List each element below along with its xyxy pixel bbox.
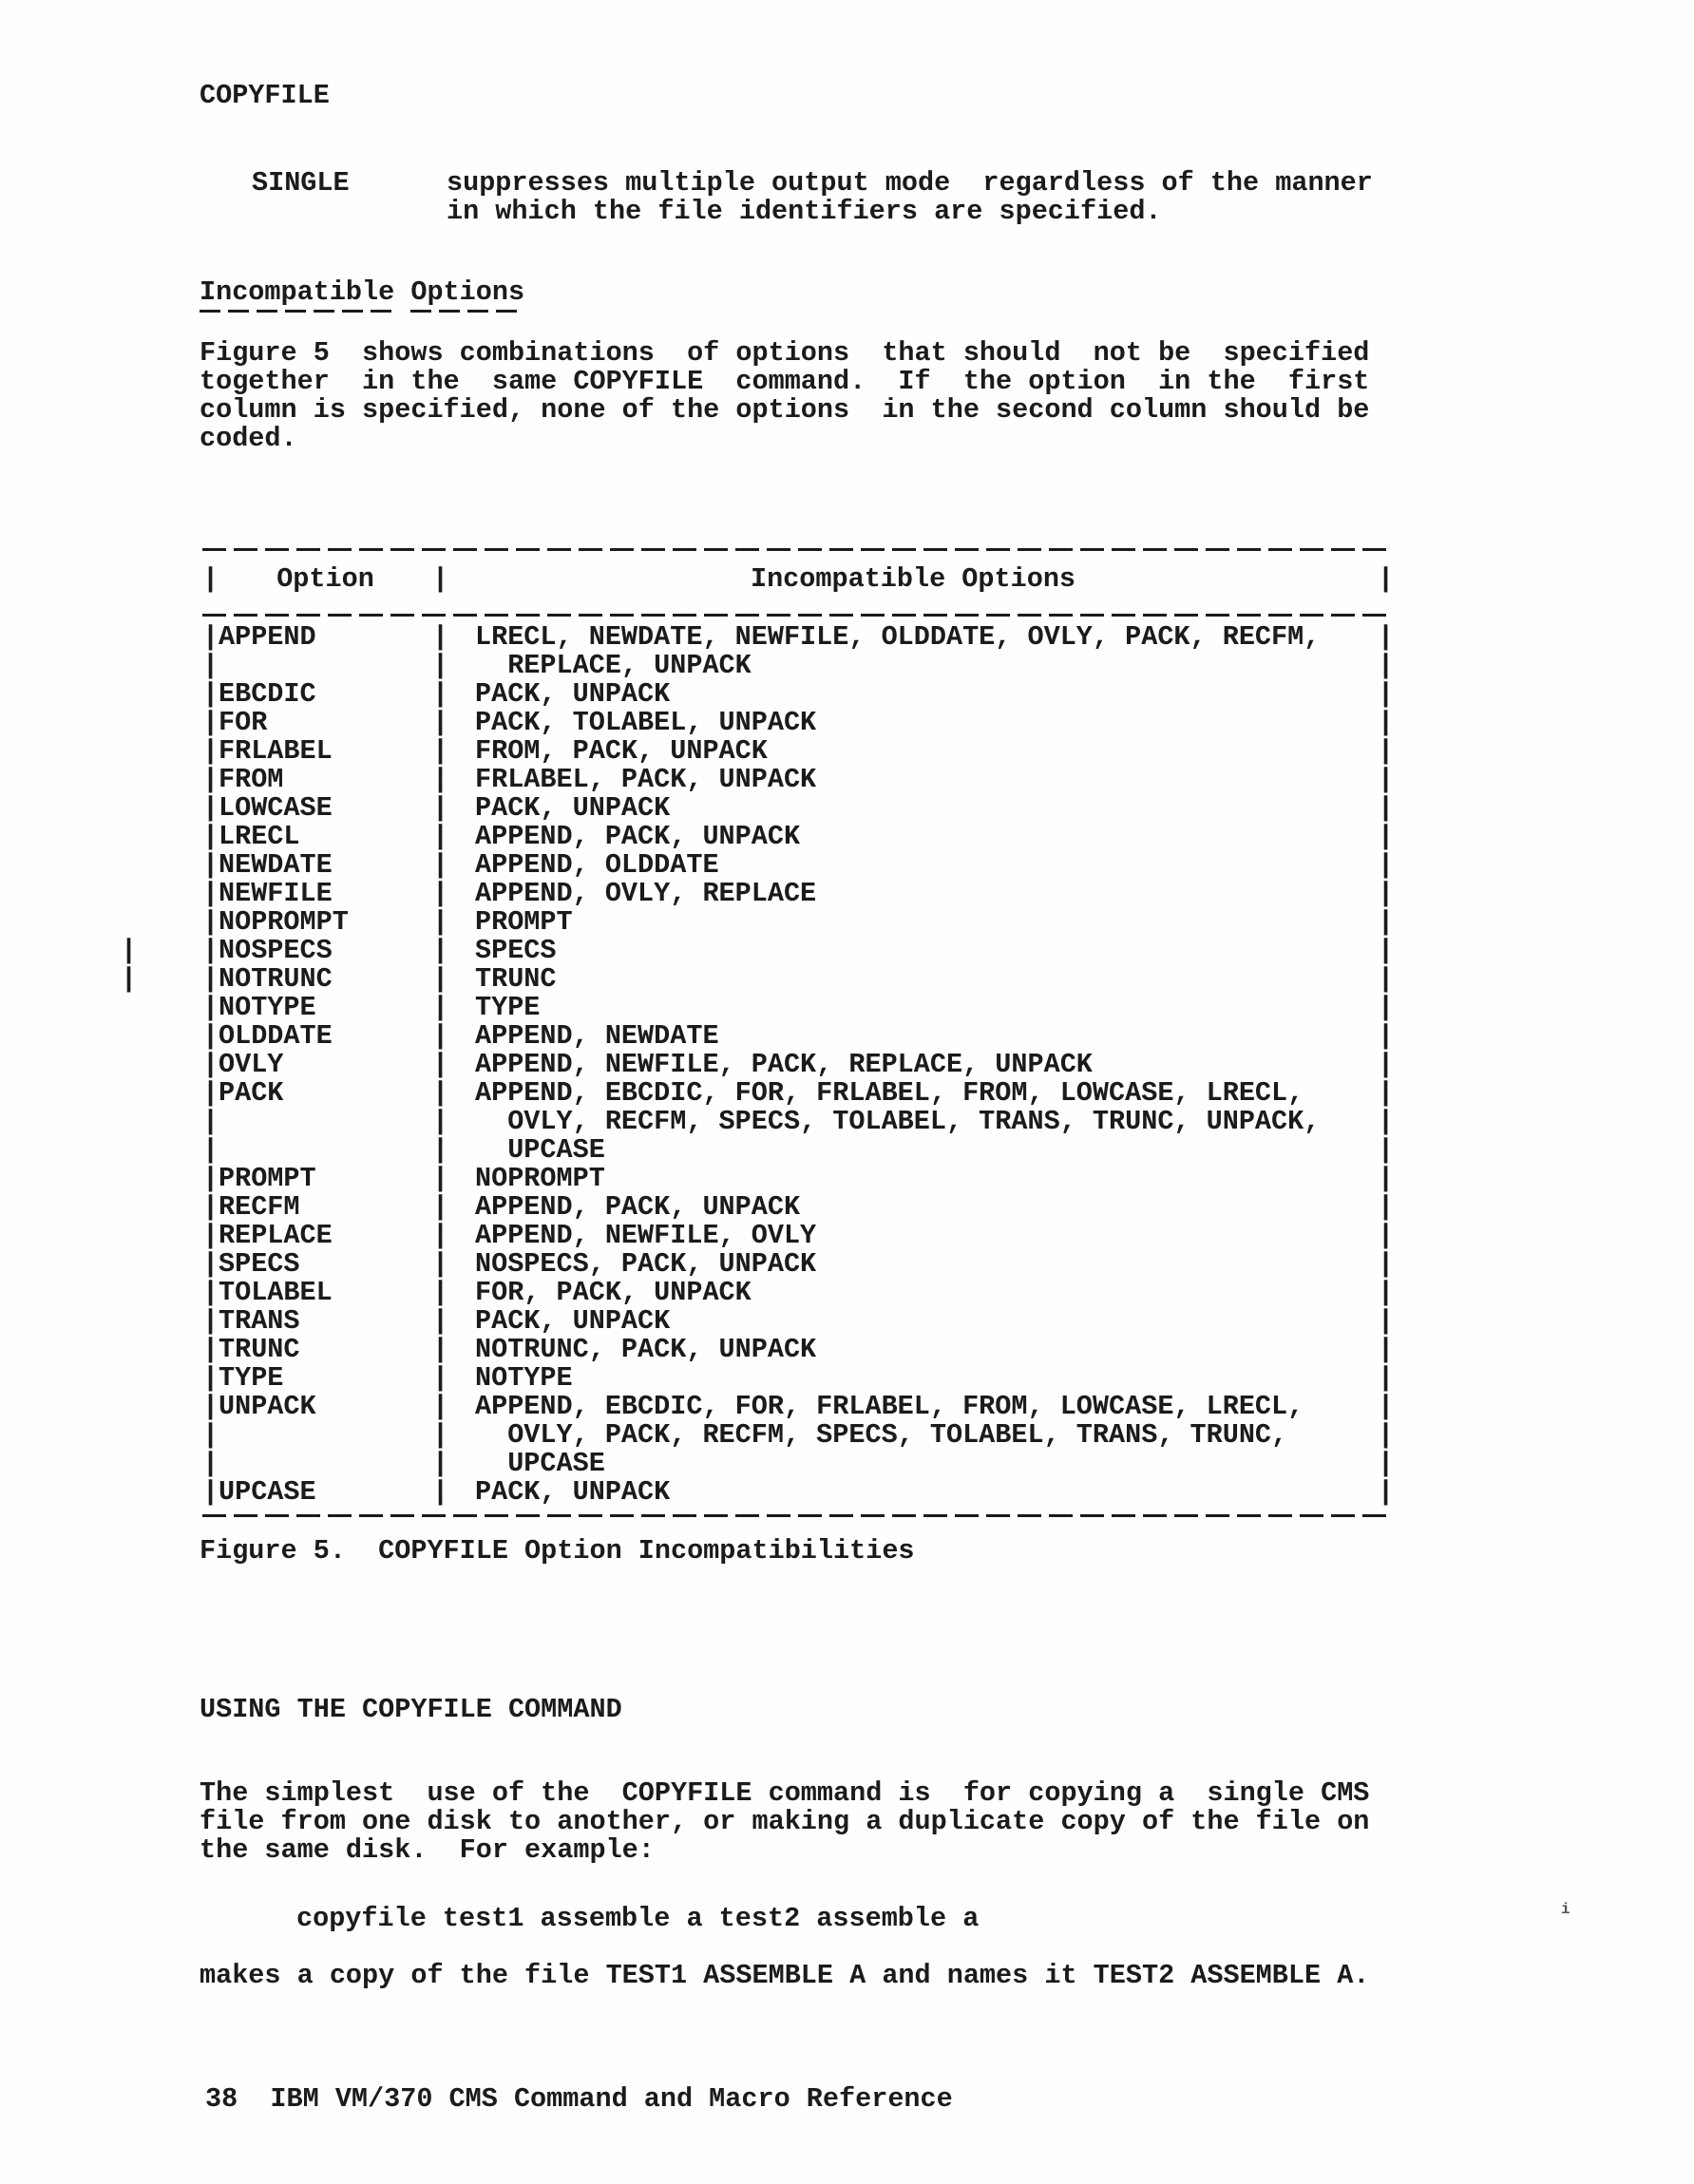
text-line: together in the same COPYFILE command. I… — [200, 368, 1694, 396]
table-row: |NOTYPE|TYPE| — [202, 994, 1394, 1022]
table-border-pipe: | — [202, 908, 219, 937]
option-cell: OVLY — [219, 1051, 432, 1079]
manual-page: COPYFILE SINGLE suppresses multiple outp… — [0, 0, 1694, 2114]
option-cell — [219, 1421, 432, 1450]
table-border-pipe: | — [1378, 1393, 1394, 1421]
option-cell: TOLABEL — [219, 1279, 432, 1307]
example-command: copyfile test1 assemble a test2 assemble… — [296, 1905, 1694, 1933]
incompatible-options-cell: APPEND, OVLY, REPLACE — [448, 880, 816, 908]
incompatible-options-cell: PACK, TOLABEL, UNPACK — [448, 709, 816, 737]
table-column-separator-pipe: | — [432, 1051, 448, 1079]
table-border-pipe: | — [1378, 1051, 1394, 1079]
incompatible-options-cell: FOR, PACK, UNPACK — [448, 1279, 752, 1307]
table-border-pipe: | — [1378, 1136, 1394, 1165]
table-column-separator-pipe: | — [432, 1222, 448, 1250]
table-row: |PACK|APPEND, EBCDIC, FOR, FRLABEL, FROM… — [202, 1079, 1394, 1108]
table-border-pipe: | — [202, 851, 219, 880]
incompatible-options-cell: APPEND, NEWFILE, PACK, REPLACE, UNPACK — [448, 1051, 1093, 1079]
table-border-pipe: | — [1378, 652, 1394, 680]
table-border-pipe: | — [202, 994, 219, 1022]
text-line: the same disk. For example: — [200, 1836, 1694, 1865]
incompatible-options-cell: SPECS — [448, 937, 557, 965]
table-border-pipe: | — [202, 965, 219, 994]
table-column-separator-pipe: | — [432, 1364, 448, 1393]
table-header-row: | Option | Incompatible Options | — [202, 551, 1394, 608]
table-border-pipe: | — [1378, 1478, 1394, 1507]
table-row: |APPEND|LRECL, NEWDATE, NEWFILE, OLDDATE… — [202, 623, 1394, 652]
table-row: |NEWDATE|APPEND, OLDDATE| — [202, 851, 1394, 880]
text-line: in which the file identifiers are specif… — [447, 198, 1373, 226]
incompatible-options-cell: NOPROMPT — [448, 1165, 605, 1193]
incompatible-options-cell: LRECL, NEWDATE, NEWFILE, OLDDATE, OVLY, … — [448, 623, 1320, 652]
table-border-pipe: | — [202, 1450, 219, 1478]
table-border-pipe: | — [202, 565, 219, 594]
table-border-pipe: | — [1378, 737, 1394, 766]
table-border-pipe: | — [202, 766, 219, 794]
underlined-word: Incompatible — [200, 276, 394, 313]
table-border-pipe: | — [1378, 766, 1394, 794]
option-cell: NOSPECS — [219, 937, 432, 965]
table-column-separator-pipe: | — [432, 1079, 448, 1108]
table-border-pipe: | — [1378, 1364, 1394, 1393]
table-column-separator-pipe: | — [432, 794, 448, 823]
table-row-continuation: || OVLY, RECFM, SPECS, TOLABEL, TRANS, T… — [202, 1108, 1394, 1136]
table-border-pipe: | — [202, 1478, 219, 1507]
page-title: COPYFILE — [200, 82, 1694, 110]
option-cell: OLDDATE — [219, 1022, 432, 1051]
table-border-pipe: | — [202, 1136, 219, 1165]
table-border-pipe: | — [1378, 1279, 1394, 1307]
table-column-separator-pipe: | — [432, 1108, 448, 1136]
text-line: file from one disk to another, or making… — [200, 1808, 1694, 1836]
table-row: |OVLY|APPEND, NEWFILE, PACK, REPLACE, UN… — [202, 1051, 1394, 1079]
incompatible-options-cell: PROMPT — [448, 908, 573, 937]
table-row: |TRANS|PACK, UNPACK| — [202, 1307, 1394, 1336]
option-column-header: Option — [219, 565, 432, 594]
table-border-pipe: | — [202, 1108, 219, 1136]
table-border-pipe: | — [1378, 1222, 1394, 1250]
incompatible-options-cell: APPEND, PACK, UNPACK — [448, 1193, 800, 1222]
option-description: suppresses multiple output mode regardle… — [447, 169, 1373, 226]
incompatible-options-heading: Incompatible Options — [200, 278, 1694, 307]
table-column-separator-pipe: | — [432, 737, 448, 766]
figure-table-body: |APPEND|LRECL, NEWDATE, NEWFILE, OLDDATE… — [202, 623, 1394, 1514]
option-cell: TRANS — [219, 1307, 432, 1336]
table-border-pipe: | — [202, 1079, 219, 1108]
table-bottom-border — [202, 1514, 1394, 1517]
incompatible-options-cell: FRLABEL, PACK, UNPACK — [448, 766, 816, 794]
table-column-separator-pipe: | — [432, 1307, 448, 1336]
option-cell: NOPROMPT — [219, 908, 432, 937]
table-column-separator-pipe: | — [432, 652, 448, 680]
option-cell: LOWCASE — [219, 794, 432, 823]
table-border-pipe: | — [202, 794, 219, 823]
table-border-pipe: | — [1378, 1421, 1394, 1450]
table-column-separator-pipe: | — [432, 880, 448, 908]
table-column-separator-pipe: | — [432, 1250, 448, 1279]
table-border-pipe: | — [202, 1421, 219, 1450]
incompatible-options-cell: NOTYPE — [448, 1364, 573, 1393]
incompatible-options-cell: FROM, PACK, UNPACK — [448, 737, 768, 766]
table-row: ||NOTRUNC|TRUNC| — [202, 965, 1394, 994]
table-row: |OLDDATE|APPEND, NEWDATE| — [202, 1022, 1394, 1051]
table-border-pipe: | — [202, 1051, 219, 1079]
table-column-separator-pipe: | — [432, 851, 448, 880]
table-column-separator-pipe: | — [432, 1193, 448, 1222]
table-border-pipe: | — [1378, 1307, 1394, 1336]
incompatible-options-cell: PACK, UNPACK — [448, 1307, 670, 1336]
table-column-separator-pipe: | — [432, 908, 448, 937]
single-option-definition: SINGLE suppresses multiple output mode r… — [200, 169, 1694, 226]
table-border-pipe: | — [202, 1279, 219, 1307]
table-border-pipe: | — [1378, 709, 1394, 737]
table-column-separator-pipe: | — [432, 1450, 448, 1478]
incompatible-options-cell: UPCASE — [448, 1450, 605, 1478]
table-column-separator-pipe: | — [432, 680, 448, 709]
incompatible-options-cell: NOSPECS, PACK, UNPACK — [448, 1250, 816, 1279]
table-header-separator — [202, 614, 1394, 617]
table-row: |UNPACK|APPEND, EBCDIC, FOR, FRLABEL, FR… — [202, 1393, 1394, 1421]
table-border-pipe: | — [1378, 1336, 1394, 1364]
text-line: The simplest use of the COPYFILE command… — [200, 1779, 1694, 1808]
option-cell — [219, 1136, 432, 1165]
option-cell: APPEND — [219, 623, 432, 652]
scan-artifact: i — [1561, 1902, 1570, 1917]
option-cell: FOR — [219, 709, 432, 737]
option-cell: UNPACK — [219, 1393, 432, 1421]
incompatible-options-cell: OVLY, PACK, RECFM, SPECS, TOLABEL, TRANS… — [448, 1421, 1287, 1450]
incompatible-options-cell: PACK, UNPACK — [448, 794, 670, 823]
table-column-separator-pipe: | — [432, 766, 448, 794]
table-column-separator-pipe: | — [432, 1136, 448, 1165]
table-border-pipe: | — [202, 709, 219, 737]
option-cell — [219, 652, 432, 680]
option-term: SINGLE — [252, 169, 447, 226]
table-row: |TRUNC|NOTRUNC, PACK, UNPACK| — [202, 1336, 1394, 1364]
figure-caption: Figure 5. COPYFILE Option Incompatibilit… — [200, 1537, 1694, 1566]
incompatible-options-cell: PACK, UNPACK — [448, 1478, 670, 1507]
table-column-separator-pipe: | — [432, 1421, 448, 1450]
table-row: ||NOSPECS|SPECS| — [202, 937, 1394, 965]
table-row-continuation: || REPLACE, UNPACK| — [202, 652, 1394, 680]
option-cell: PACK — [219, 1079, 432, 1108]
table-row: |LRECL|APPEND, PACK, UNPACK| — [202, 823, 1394, 851]
text-line: Figure 5 shows combinations of options t… — [200, 339, 1694, 368]
table-row: |NEWFILE|APPEND, OVLY, REPLACE| — [202, 880, 1394, 908]
option-cell: FRLABEL — [219, 737, 432, 766]
table-column-separator-pipe: | — [432, 1279, 448, 1307]
table-border-pipe: | — [1378, 937, 1394, 965]
table-row: |NOPROMPT|PROMPT| — [202, 908, 1394, 937]
table-border-pipe: | — [202, 823, 219, 851]
table-row: |TOLABEL|FOR, PACK, UNPACK| — [202, 1279, 1394, 1307]
table-border-pipe: | — [202, 737, 219, 766]
option-cell: NOTYPE — [219, 994, 432, 1022]
table-column-separator-pipe: | — [432, 1165, 448, 1193]
option-cell — [219, 1450, 432, 1478]
incompatible-options-cell: APPEND, PACK, UNPACK — [448, 823, 800, 851]
incompatible-options-cell: APPEND, NEWFILE, OVLY — [448, 1222, 816, 1250]
table-column-separator-pipe: | — [432, 1393, 448, 1421]
table-row-continuation: || OVLY, PACK, RECFM, SPECS, TOLABEL, TR… — [202, 1421, 1394, 1450]
incompatible-options-cell: NOTRUNC, PACK, UNPACK — [448, 1336, 816, 1364]
option-cell: NEWFILE — [219, 880, 432, 908]
using-copyfile-paragraph: The simplest use of the COPYFILE command… — [200, 1779, 1694, 1865]
table-border-pipe: | — [1378, 1022, 1394, 1051]
table-border-pipe: | — [1378, 1193, 1394, 1222]
table-row-continuation: || UPCASE| — [202, 1450, 1394, 1478]
incompatible-options-cell: APPEND, EBCDIC, FOR, FRLABEL, FROM, LOWC… — [448, 1393, 1304, 1421]
using-copyfile-heading: USING THE COPYFILE COMMAND — [200, 1696, 1694, 1724]
incompatible-options-cell: REPLACE, UNPACK — [448, 652, 752, 680]
table-row-continuation: || UPCASE| — [202, 1136, 1394, 1165]
text-line: column is specified, none of the options… — [200, 396, 1694, 425]
incompatible-column-header: Incompatible Options — [448, 565, 1378, 594]
table-border-pipe: | — [1378, 794, 1394, 823]
table-border-pipe: | — [1378, 965, 1394, 994]
option-cell: TRUNC — [219, 1336, 432, 1364]
table-border-pipe: | — [202, 1022, 219, 1051]
table-row: |TYPE|NOTYPE| — [202, 1364, 1394, 1393]
table-column-separator-pipe: | — [432, 1478, 448, 1507]
underlined-word: Options — [410, 276, 524, 313]
page-footer: 38 IBM VM/370 CMS Command and Macro Refe… — [205, 2085, 1694, 2114]
revision-change-bar: | — [121, 965, 137, 994]
table-border-pipe: | — [1378, 994, 1394, 1022]
incompatible-options-paragraph: Figure 5 shows combinations of options t… — [200, 339, 1694, 453]
text-line: suppresses multiple output mode regardle… — [447, 169, 1373, 198]
table-border-pipe: | — [1378, 1450, 1394, 1478]
table-row: |EBCDIC|PACK, UNPACK| — [202, 680, 1394, 709]
table-column-separator-pipe: | — [432, 709, 448, 737]
incompatible-options-cell: APPEND, EBCDIC, FOR, FRLABEL, FROM, LOWC… — [448, 1079, 1304, 1108]
table-border-pipe: | — [202, 1307, 219, 1336]
table-column-separator-pipe: | — [432, 965, 448, 994]
option-cell: RECFM — [219, 1193, 432, 1222]
figure-5-table: | Option | Incompatible Options | |APPEN… — [202, 548, 1394, 1517]
table-column-separator-pipe: | — [432, 994, 448, 1022]
table-row: |PROMPT|NOPROMPT| — [202, 1165, 1394, 1193]
table-column-separator-pipe: | — [432, 1336, 448, 1364]
option-cell: UPCASE — [219, 1478, 432, 1507]
option-cell: REPLACE — [219, 1222, 432, 1250]
table-border-pipe: | — [202, 1193, 219, 1222]
table-border-pipe: | — [202, 1222, 219, 1250]
incompatible-options-cell: APPEND, OLDDATE — [448, 851, 719, 880]
option-cell: EBCDIC — [219, 680, 432, 709]
incompatible-options-cell: TYPE — [448, 994, 540, 1022]
incompatible-options-cell: UPCASE — [448, 1136, 605, 1165]
table-border-pipe: | — [1378, 1165, 1394, 1193]
table-border-pipe: | — [1378, 1250, 1394, 1279]
option-cell: TYPE — [219, 1364, 432, 1393]
option-cell: LRECL — [219, 823, 432, 851]
incompatible-options-cell: APPEND, NEWDATE — [448, 1022, 719, 1051]
table-border-pipe: | — [1378, 680, 1394, 709]
table-border-pipe: | — [1378, 565, 1394, 594]
example-result-text: makes a copy of the file TEST1 ASSEMBLE … — [200, 1962, 1694, 1990]
table-column-separator-pipe: | — [432, 565, 448, 594]
table-border-pipe: | — [202, 680, 219, 709]
table-border-pipe: | — [202, 1250, 219, 1279]
option-cell: SPECS — [219, 1250, 432, 1279]
incompatible-options-cell: TRUNC — [448, 965, 557, 994]
table-row: |FROM|FRLABEL, PACK, UNPACK| — [202, 766, 1394, 794]
option-cell: FROM — [219, 766, 432, 794]
option-cell — [219, 1108, 432, 1136]
table-border-pipe: | — [202, 937, 219, 965]
table-row: |FOR|PACK, TOLABEL, UNPACK| — [202, 709, 1394, 737]
table-column-separator-pipe: | — [432, 1022, 448, 1051]
table-border-pipe: | — [1378, 1108, 1394, 1136]
text-line: coded. — [200, 425, 1694, 453]
table-border-pipe: | — [202, 1165, 219, 1193]
table-border-pipe: | — [202, 880, 219, 908]
table-column-separator-pipe: | — [432, 623, 448, 652]
revision-change-bar: | — [121, 937, 137, 965]
table-border-pipe: | — [1378, 908, 1394, 937]
table-border-pipe: | — [1378, 1079, 1394, 1108]
table-row: |REPLACE|APPEND, NEWFILE, OVLY| — [202, 1222, 1394, 1250]
table-border-pipe: | — [202, 1336, 219, 1364]
table-border-pipe: | — [202, 623, 219, 652]
option-cell: NOTRUNC — [219, 965, 432, 994]
table-border-pipe: | — [202, 652, 219, 680]
option-cell: NEWDATE — [219, 851, 432, 880]
table-row: |FRLABEL|FROM, PACK, UNPACK| — [202, 737, 1394, 766]
table-row: |SPECS|NOSPECS, PACK, UNPACK| — [202, 1250, 1394, 1279]
incompatible-options-cell: OVLY, RECFM, SPECS, TOLABEL, TRANS, TRUN… — [448, 1108, 1320, 1136]
table-column-separator-pipe: | — [432, 937, 448, 965]
table-column-separator-pipe: | — [432, 823, 448, 851]
incompatible-options-cell: PACK, UNPACK — [448, 680, 670, 709]
table-border-pipe: | — [1378, 623, 1394, 652]
table-border-pipe: | — [1378, 823, 1394, 851]
table-border-pipe: | — [202, 1393, 219, 1421]
table-border-pipe: | — [1378, 880, 1394, 908]
table-row: |RECFM|APPEND, PACK, UNPACK| — [202, 1193, 1394, 1222]
table-border-pipe: | — [1378, 851, 1394, 880]
option-cell: PROMPT — [219, 1165, 432, 1193]
table-row: |LOWCASE|PACK, UNPACK| — [202, 794, 1394, 823]
table-border-pipe: | — [202, 1364, 219, 1393]
table-row: |UPCASE|PACK, UNPACK| — [202, 1478, 1394, 1507]
